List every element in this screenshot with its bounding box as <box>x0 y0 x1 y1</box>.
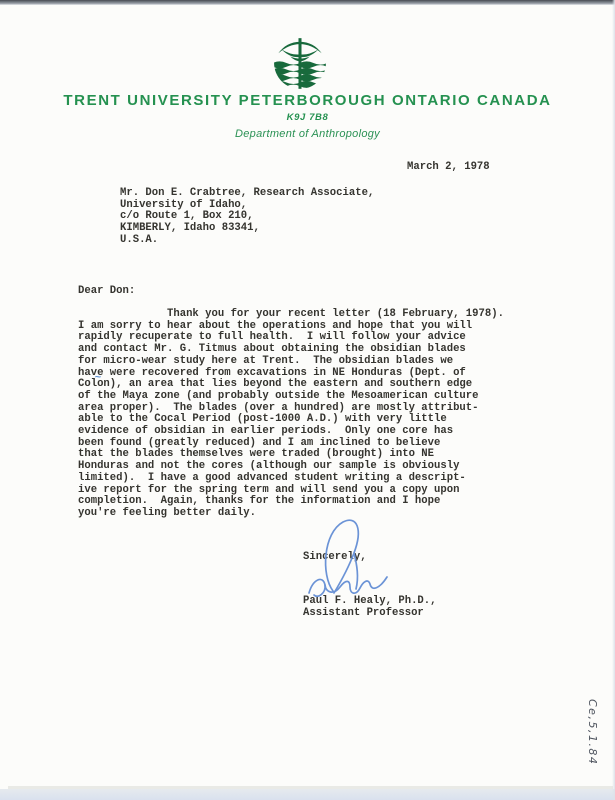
sender-name: Paul F. Healy, Ph.D., <box>303 596 437 608</box>
salutation: Dear Don: <box>78 286 135 298</box>
letterhead-university-name: TRENT UNIVERSITY PETERBOROUGH ONTARIO CA… <box>0 92 615 109</box>
scanned-letter-page: TRENT UNIVERSITY PETERBOROUGH ONTARIO CA… <box>0 0 615 800</box>
letterhead-department: Department of Anthropology <box>0 128 615 140</box>
trent-university-logo-icon <box>273 36 327 90</box>
scan-top-edge <box>0 0 615 5</box>
letter-date: March 2, 1978 <box>407 162 490 174</box>
handwritten-signature <box>299 517 399 599</box>
sender-title: Assistant Professor <box>303 608 424 620</box>
recipient-address: Mr. Don E. Crabtree, Research Associate,… <box>120 188 374 247</box>
handwritten-accent-tilde: ~ <box>95 372 101 383</box>
catalog-number: Ce,5,1.84 <box>586 699 599 765</box>
letter-body: Thank you for your recent letter (18 Feb… <box>78 309 504 520</box>
letterhead-postal-code: K9J 7B8 <box>0 112 615 123</box>
scan-bottom-edge <box>0 789 615 800</box>
